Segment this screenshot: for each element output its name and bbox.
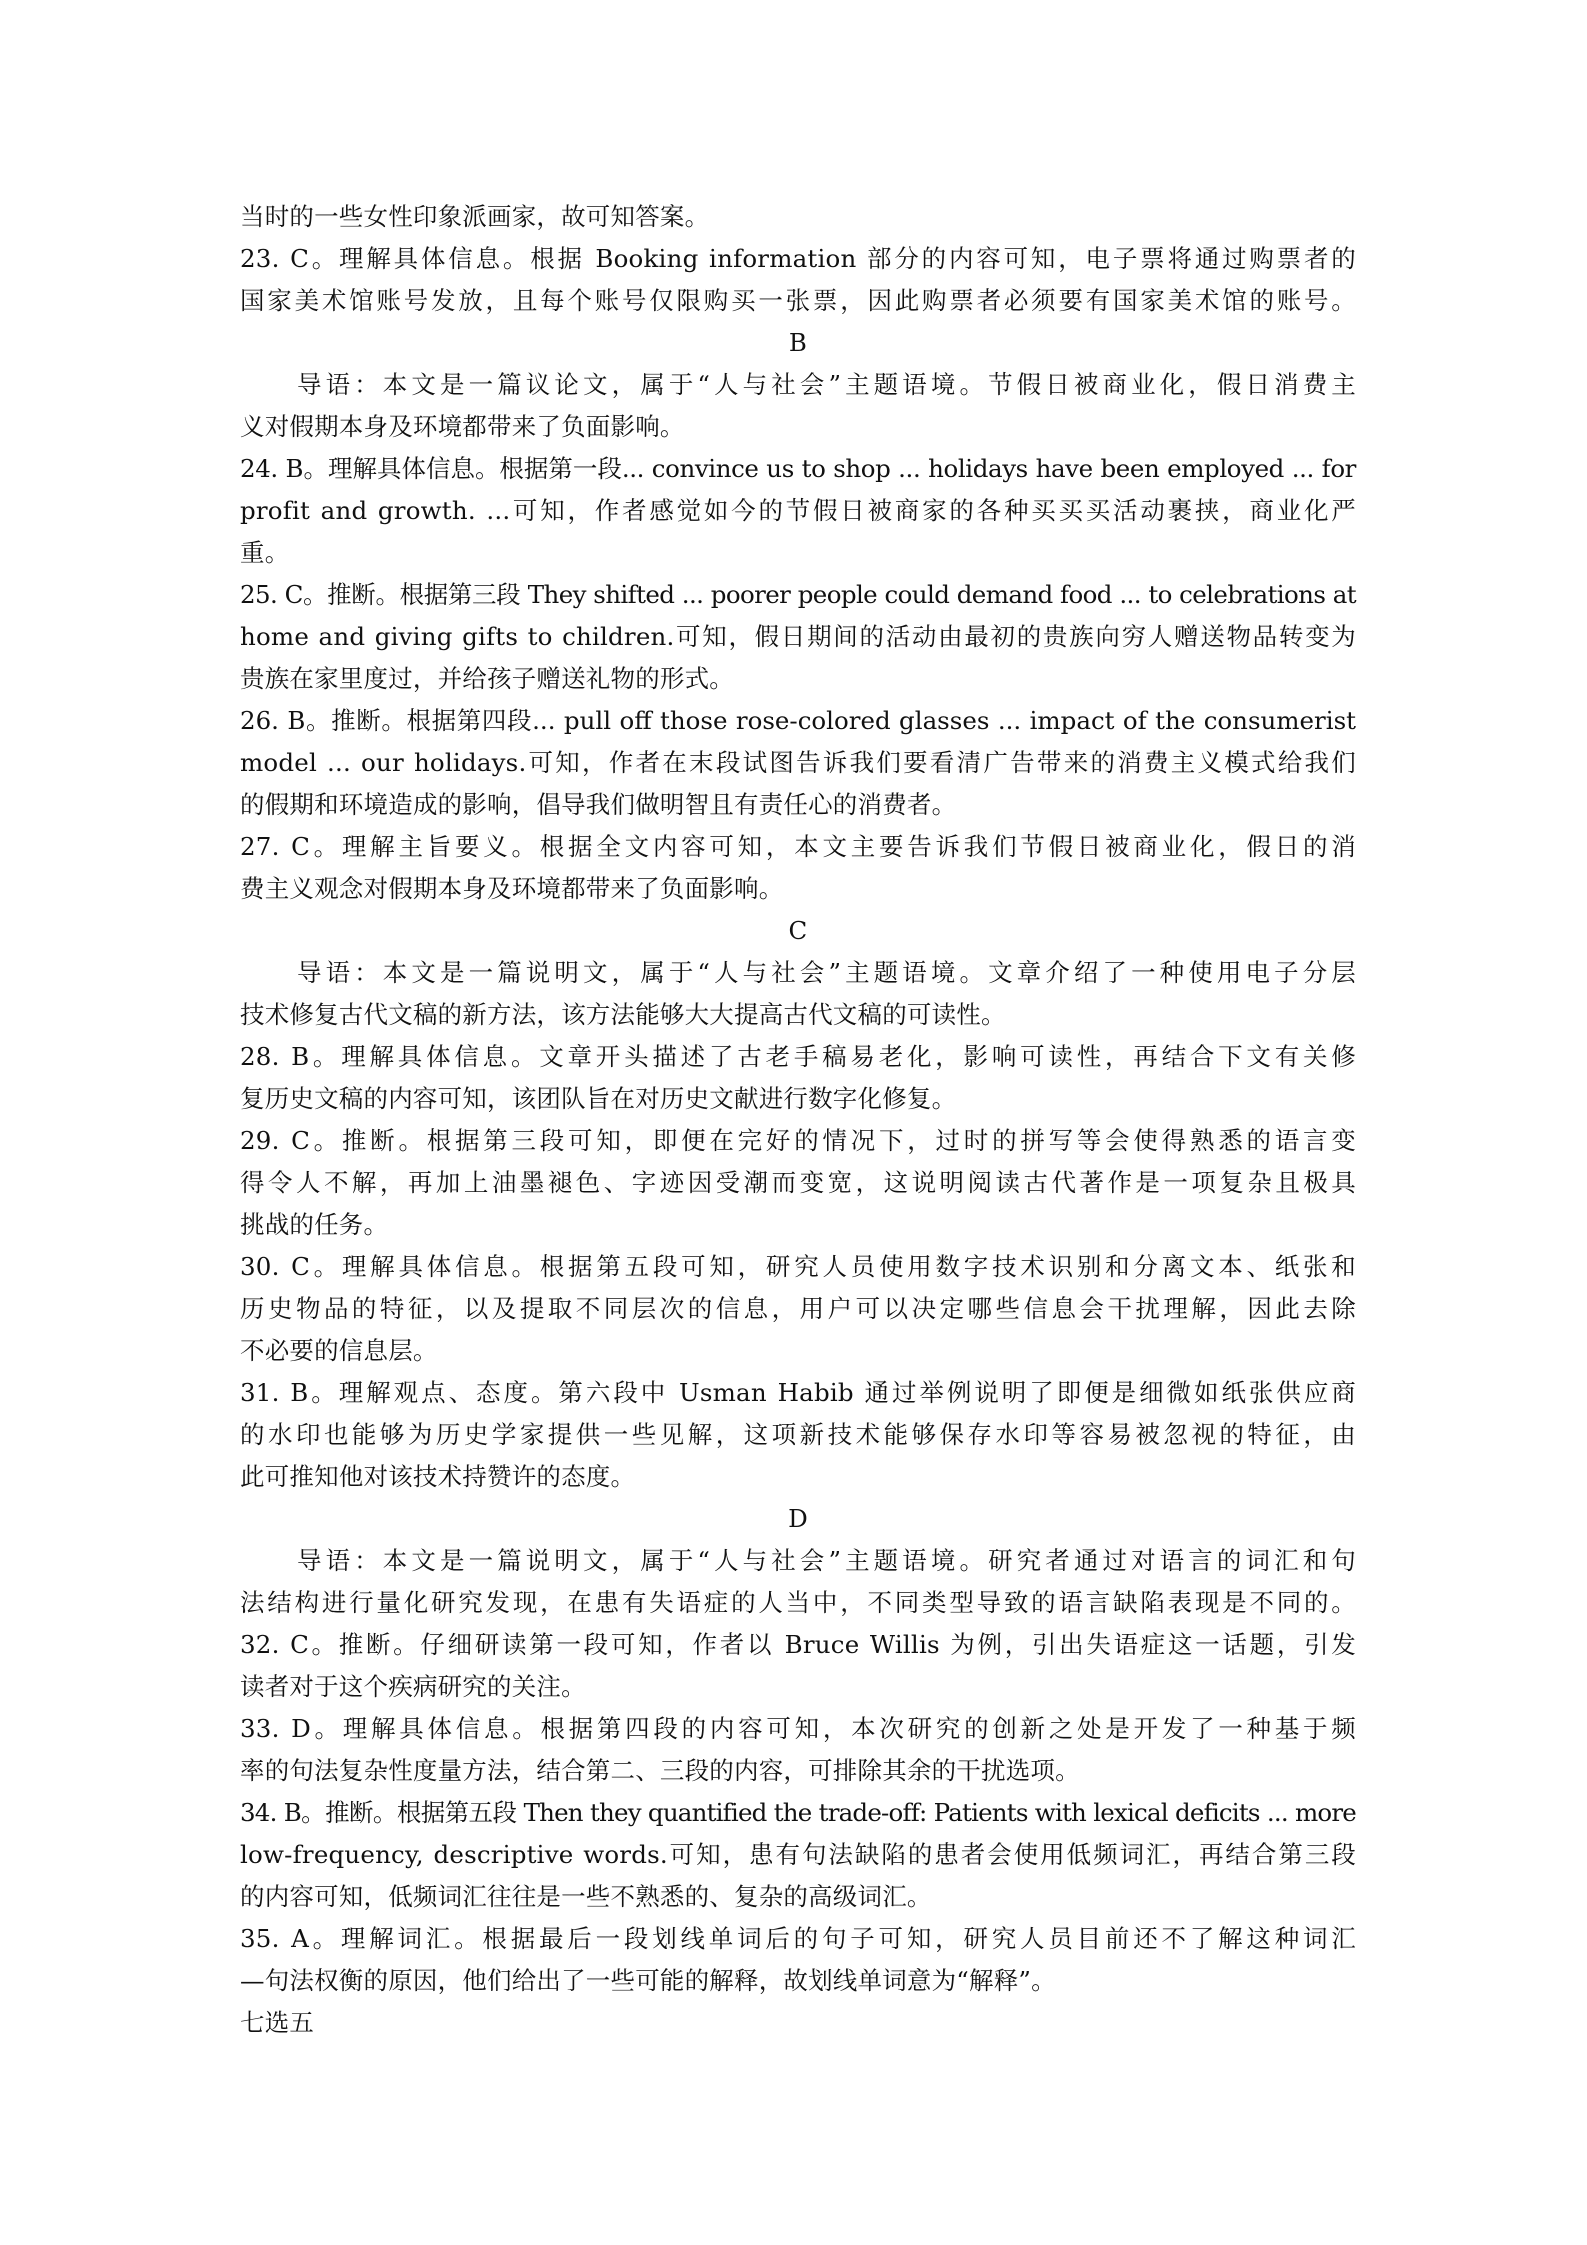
text-line: 复历史文稿的内容可知，该团队旨在对历史文献进行数字化修复。 [240, 1078, 1356, 1120]
text-line: 重。 [240, 532, 1356, 574]
text-line: 不必要的信息层。 [240, 1330, 1356, 1372]
text-line: 读者对于这个疾病研究的关注。 [240, 1666, 1356, 1708]
answer-explanation-page: 当时的一些女性印象派画家，故可知答案。23. C。理解具体信息。根据 Booki… [240, 196, 1356, 2044]
intro-paragraph-line: 导语：本文是一篇议论文，属于“人与社会”主题语境。节假日被商业化，假日消费主 [240, 364, 1356, 406]
text-line: home and giving gifts to children.可知，假日期… [240, 616, 1356, 658]
section-heading: C [240, 910, 1356, 952]
text-line: 的水印也能够为历史学家提供一些见解，这项新技术能够保存水印等容易被忽视的特征，由 [240, 1414, 1356, 1456]
text-line: 26. B。推断。根据第四段... pull off those rose-co… [240, 700, 1356, 742]
text-line: 历史物品的特征，以及提取不同层次的信息，用户可以决定哪些信息会干扰理解，因此去除 [240, 1288, 1356, 1330]
text-line: 技术修复古代文稿的新方法，该方法能够大大提高古代文稿的可读性。 [240, 994, 1356, 1036]
text-line: 率的句法复杂性度量方法，结合第二、三段的内容，可排除其余的干扰选项。 [240, 1750, 1356, 1792]
text-line: 此可推知他对该技术持赞许的态度。 [240, 1456, 1356, 1498]
text-line: profit and growth. ...可知，作者感觉如今的节假日被商家的各… [240, 490, 1356, 532]
text-line: —句法权衡的原因，他们给出了一些可能的解释，故划线单词意为“解释”。 [240, 1960, 1356, 2002]
text-line: 七选五 [240, 2002, 1356, 2044]
intro-paragraph-line: 导语：本文是一篇说明文，属于“人与社会”主题语境。研究者通过对语言的词汇和句 [240, 1540, 1356, 1582]
text-line: 25. C。推断。根据第三段 They shifted ... poorer p… [240, 574, 1356, 616]
text-line: 的假期和环境造成的影响，倡导我们做明智且有责任心的消费者。 [240, 784, 1356, 826]
text-line: 义对假期本身及环境都带来了负面影响。 [240, 406, 1356, 448]
text-line: 30. C。理解具体信息。根据第五段可知，研究人员使用数字技术识别和分离文本、纸… [240, 1246, 1356, 1288]
intro-paragraph-line: 导语：本文是一篇说明文，属于“人与社会”主题语境。文章介绍了一种使用电子分层 [240, 952, 1356, 994]
text-line: 31. B。理解观点、态度。第六段中 Usman Habib 通过举例说明了即便… [240, 1372, 1356, 1414]
text-line: 29. C。推断。根据第三段可知，即便在完好的情况下，过时的拼写等会使得熟悉的语… [240, 1120, 1356, 1162]
section-heading: D [240, 1498, 1356, 1540]
text-line: model ... our holidays.可知，作者在末段试图告诉我们要看清… [240, 742, 1356, 784]
text-line: 法结构进行量化研究发现，在患有失语症的人当中，不同类型导致的语言缺陷表现是不同的… [240, 1582, 1356, 1624]
text-line: 27. C。理解主旨要义。根据全文内容可知，本文主要告诉我们节假日被商业化，假日… [240, 826, 1356, 868]
text-line: 33. D。理解具体信息。根据第四段的内容可知，本次研究的创新之处是开发了一种基… [240, 1708, 1356, 1750]
text-line: 挑战的任务。 [240, 1204, 1356, 1246]
text-line: 贵族在家里度过，并给孩子赠送礼物的形式。 [240, 658, 1356, 700]
text-line: 28. B。理解具体信息。文章开头描述了古老手稿易老化，影响可读性，再结合下文有… [240, 1036, 1356, 1078]
text-line: 国家美术馆账号发放，且每个账号仅限购买一张票，因此购票者必须要有国家美术馆的账号… [240, 280, 1356, 322]
text-line: 费主义观念对假期本身及环境都带来了负面影响。 [240, 868, 1356, 910]
text-line: 23. C。理解具体信息。根据 Booking information 部分的内… [240, 238, 1356, 280]
text-line: 的内容可知，低频词汇往往是一些不熟悉的、复杂的高级词汇。 [240, 1876, 1356, 1918]
text-line: 24. B。理解具体信息。根据第一段... convince us to sho… [240, 448, 1356, 490]
text-line: 得令人不解，再加上油墨褪色、字迹因受潮而变宽，这说明阅读古代著作是一项复杂且极具 [240, 1162, 1356, 1204]
section-heading: B [240, 322, 1356, 364]
text-line: 当时的一些女性印象派画家，故可知答案。 [240, 196, 1356, 238]
text-line: 32. C。推断。仔细研读第一段可知，作者以 Bruce Willis 为例，引… [240, 1624, 1356, 1666]
text-line: 35. A。理解词汇。根据最后一段划线单词后的句子可知，研究人员目前还不了解这种… [240, 1918, 1356, 1960]
text-line: low-frequency, descriptive words.可知，患有句法… [240, 1834, 1356, 1876]
text-line: 34. B。推断。根据第五段 Then they quantified the … [240, 1792, 1356, 1834]
